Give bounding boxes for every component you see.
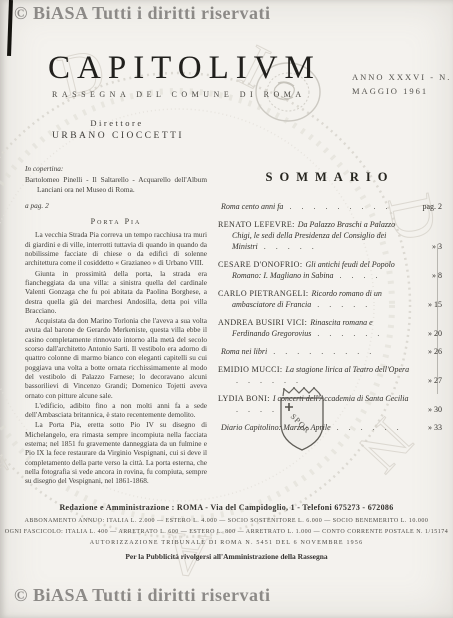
crest-crown-pearl xyxy=(313,387,315,389)
rome-coat-of-arms: SPQR xyxy=(266,384,338,456)
toc-leader-dots: . . . . . . xyxy=(317,329,383,338)
footer-address-line: Redazione e Amministrazione : ROMA - Via… xyxy=(0,503,453,512)
issue-year-number: ANNO XXXVI - N. 5 xyxy=(352,72,453,82)
left-article-paragraph: Giunta in prossimità della porta, la str… xyxy=(25,269,207,315)
toc-entry-page: » 8 xyxy=(432,270,442,281)
toc-entry: CARLO PIETRANGELI:Ricordo romano di un a… xyxy=(218,288,442,310)
issue-month: MAGGIO 1961 xyxy=(352,86,453,96)
crest-crown-pearl xyxy=(303,387,305,389)
footer-subscription-line: ABBONAMENTO ANNUO: ITALIA L. 2.000 — EST… xyxy=(0,518,453,524)
toc-entry: Roma cento anni fa . . . . . . . . . pag… xyxy=(218,201,442,212)
director-label: Direttore xyxy=(52,118,182,128)
magazine-cover-page: I D N A M I D L M © BiASA Tutti i diritt… xyxy=(0,0,453,618)
left-article-title: Porta Pia xyxy=(25,217,207,226)
toc-entry-title: La stagione lirica al Teatro dell'Opera xyxy=(286,365,410,374)
toc-entry: Roma nei libri . . . . . . . . . » 26 xyxy=(218,346,442,357)
toc-entry-author: EMIDIO MUCCI: xyxy=(218,365,283,374)
toc-entry: ANDREA BUSIRI VICI:Rinascita romana e Fe… xyxy=(218,317,442,339)
toc-entry-page: » 20 xyxy=(428,328,442,339)
toc-entry-author: RENATO LEFEVRE: xyxy=(218,220,295,229)
left-article-paragraph: La vecchia Strada Pia correva un tempo r… xyxy=(25,230,207,267)
cover-caption-label: In copertina: xyxy=(25,164,207,173)
toc-entry-author: CESARE D'ONOFRIO: xyxy=(218,260,302,269)
magazine-title: CAPITOLIVM xyxy=(48,50,321,87)
crest-crown xyxy=(283,388,321,396)
toc-entry: CESARE D'ONOFRIO:Gli antichi feudi del P… xyxy=(218,259,442,281)
toc-leader-dots: . . . . xyxy=(340,271,382,280)
toc-entry-author: LYDIA BONI: xyxy=(218,394,270,403)
scan-edge-mark xyxy=(7,0,13,56)
toc-leader-dots: . . . . . xyxy=(264,242,318,251)
toc-entry: EMIDIO MUCCI:La stagione lirica al Teatr… xyxy=(218,364,442,386)
footer-advertising-line: Per la Pubblicità rivolgersi all'Amminis… xyxy=(0,552,453,561)
footer-price-line: OGNI FASCICOLO: ITALIA L. 400 — ARRETRAT… xyxy=(0,529,453,535)
footer: Redazione e Amministrazione : ROMA - Via… xyxy=(0,503,453,561)
toc-entry-title: Roma cento anni fa xyxy=(221,202,283,211)
toc-leader-dots: . . . . . . . . . xyxy=(289,202,391,211)
toc-entry-page: » 30 xyxy=(428,404,442,415)
crest-crown-pearl xyxy=(283,388,285,390)
footer-authorization-line: AUTORIZZAZIONE TRIBUNALE DI ROMA N. 5451… xyxy=(0,540,453,546)
left-article-paragraph: L'edificio, adibito fino a non molti ann… xyxy=(25,401,207,420)
toc-leader-dots: . . . . . . xyxy=(337,423,403,432)
toc-entry-page: pag. 2 xyxy=(422,201,442,212)
toc-entry-page: » 3 xyxy=(432,241,442,252)
crest-crown-pearl xyxy=(293,387,295,389)
issue-info: ANNO XXXVI - N. 5 MAGGIO 1961 xyxy=(352,72,453,100)
toc-leader-dots: . . . . . xyxy=(317,300,371,309)
left-article-paragraph: Acquistata da don Marino Torlonia che l'… xyxy=(25,316,207,400)
toc-heading: SOMMARIO xyxy=(218,170,442,185)
toc-entry: RENATO LEFEVRE:Da Palazzo Braschi a Pala… xyxy=(218,219,442,252)
left-article-paragraph: La Porta Pia, eretta sotto Pio IV su dis… xyxy=(25,420,207,485)
toc-entry-author: CARLO PIETRANGELI: xyxy=(218,289,309,298)
director-block: Direttore URBANO CIOCCETTI xyxy=(52,118,182,141)
magazine-subtitle: RASSEGNA DEL COMUNE DI ROMA xyxy=(52,90,306,99)
biasa-watermark-bottom: © BiASA Tutti i diritti riservati xyxy=(14,585,270,606)
toc-entry-title: Roma nei libri xyxy=(221,347,267,356)
director-name: URBANO CIOCCETTI xyxy=(52,131,182,141)
toc-leader-dots: . . . . . . . . . xyxy=(273,347,375,356)
toc-entry-page: » 33 xyxy=(428,422,442,433)
toc-entry-author: ANDREA BUSIRI VICI: xyxy=(218,318,307,327)
cover-caption-pageref: a pag. 2 xyxy=(25,201,207,210)
toc-entry-page: » 27 xyxy=(428,375,442,386)
biasa-watermark-top: © BiASA Tutti i diritti riservati xyxy=(14,3,270,24)
cover-caption-credit: Bartolomeo Pinelli - Il Saltarello - Acq… xyxy=(25,175,207,194)
toc-entry-page: » 26 xyxy=(428,346,442,357)
toc-entry-page: » 15 xyxy=(428,299,442,310)
left-column: In copertina: Bartolomeo Pinelli - Il Sa… xyxy=(25,164,207,487)
